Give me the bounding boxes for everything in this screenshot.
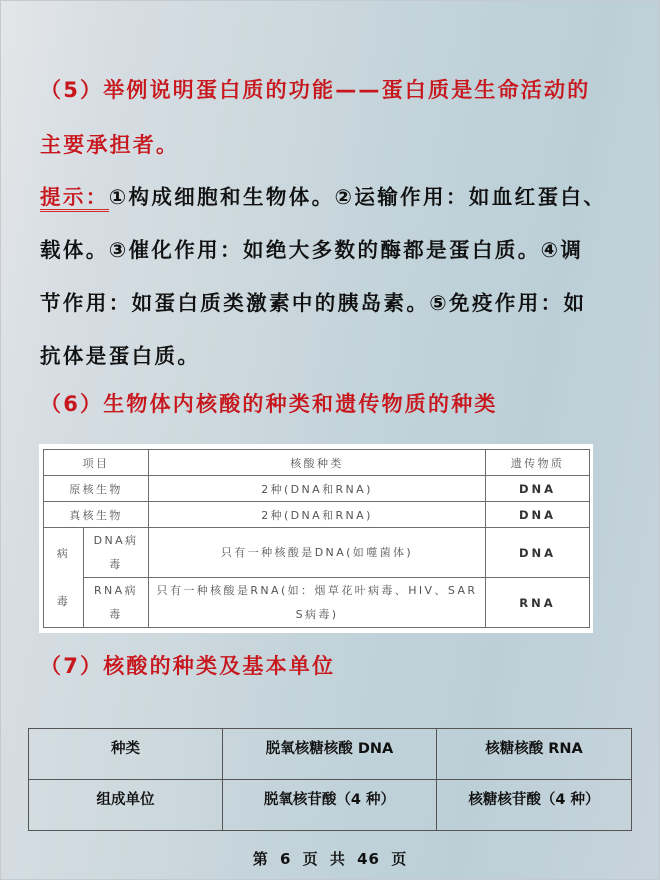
cell-item: 真核生物 bbox=[44, 502, 149, 528]
section7-heading: （7）核酸的种类及基本单位 bbox=[40, 650, 335, 680]
cell-genetic-material: DNA bbox=[486, 476, 590, 502]
cell: 核糖核酸 RNA bbox=[437, 729, 632, 780]
cell-nucleic-acids: 只有一种核酸是RNA(如：烟草花叶病毒、HIV、SARS病毒) bbox=[149, 578, 486, 628]
nucleic-acid-types-table: 项目 核酸种类 遗传物质 原核生物 2种(DNA和RNA) DNA 真核生物 2… bbox=[43, 449, 590, 628]
cell-genetic-material: RNA bbox=[486, 578, 590, 628]
cell-genetic-material: DNA bbox=[486, 502, 590, 528]
cell-nucleic-acids: 2种(DNA和RNA) bbox=[149, 502, 486, 528]
page-indicator: 第 6 页 共 46 页 bbox=[0, 848, 660, 869]
cell-virus-group: 病毒 bbox=[44, 528, 84, 628]
header-nucleic-acids: 核酸种类 bbox=[149, 450, 486, 476]
table-row: 种类 脱氧核糖核酸 DNA 核糖核酸 RNA bbox=[29, 729, 632, 780]
table-row: 原核生物 2种(DNA和RNA) DNA bbox=[44, 476, 590, 502]
hint-line1: 提示：①构成细胞和生物体。②运输作用：如血红蛋白、 bbox=[40, 180, 606, 210]
section6-heading: （6）生物体内核酸的种类和遗传物质的种类 bbox=[40, 388, 498, 418]
header-genetic-material: 遗传物质 bbox=[486, 450, 590, 476]
table-row: RNA病毒 只有一种核酸是RNA(如：烟草花叶病毒、HIV、SARS病毒) RN… bbox=[44, 578, 590, 628]
cell-nucleic-acids: 只有一种核酸是DNA(如噬菌体) bbox=[149, 528, 486, 578]
hint-line3: 节作用：如蛋白质类激素中的胰岛素。⑤免疫作用：如 bbox=[40, 286, 586, 316]
section5-heading-line2: 主要承担者。 bbox=[40, 129, 179, 159]
table-row: 真核生物 2种(DNA和RNA) DNA bbox=[44, 502, 590, 528]
cell: 种类 bbox=[29, 729, 223, 780]
table-header-row: 项目 核酸种类 遗传物质 bbox=[44, 450, 590, 476]
hint-text-1: ①构成细胞和生物体。②运输作用：如血红蛋白、 bbox=[109, 185, 607, 209]
cell-item: RNA病毒 bbox=[84, 578, 149, 628]
table-row: 病毒 DNA病毒 只有一种核酸是DNA(如噬菌体) DNA bbox=[44, 528, 590, 578]
section5-heading-line1: （5）举例说明蛋白质的功能——蛋白质是生命活动的 bbox=[40, 74, 590, 104]
hint-line2: 载体。③催化作用：如绝大多数的酶都是蛋白质。④调 bbox=[40, 233, 583, 263]
nucleic-acid-types-table-image: 项目 核酸种类 遗传物质 原核生物 2种(DNA和RNA) DNA 真核生物 2… bbox=[39, 444, 593, 633]
hint-label: 提示： bbox=[40, 185, 109, 212]
nucleic-acid-units-table: 种类 脱氧核糖核酸 DNA 核糖核酸 RNA 组成单位 脱氧核苷酸（4 种） 核… bbox=[28, 728, 632, 831]
header-item: 项目 bbox=[44, 450, 149, 476]
cell-nucleic-acids: 2种(DNA和RNA) bbox=[149, 476, 486, 502]
cell: 组成单位 bbox=[29, 780, 223, 831]
cell-genetic-material: DNA bbox=[486, 528, 590, 578]
cell: 脱氧核苷酸（4 种） bbox=[223, 780, 437, 831]
cell-item: 原核生物 bbox=[44, 476, 149, 502]
table-row: 组成单位 脱氧核苷酸（4 种） 核糖核苷酸（4 种） bbox=[29, 780, 632, 831]
cell: 脱氧核糖核酸 DNA bbox=[223, 729, 437, 780]
hint-line4: 抗体是蛋白质。 bbox=[40, 339, 200, 369]
cell: 核糖核苷酸（4 种） bbox=[437, 780, 632, 831]
cell-item: DNA病毒 bbox=[84, 528, 149, 578]
